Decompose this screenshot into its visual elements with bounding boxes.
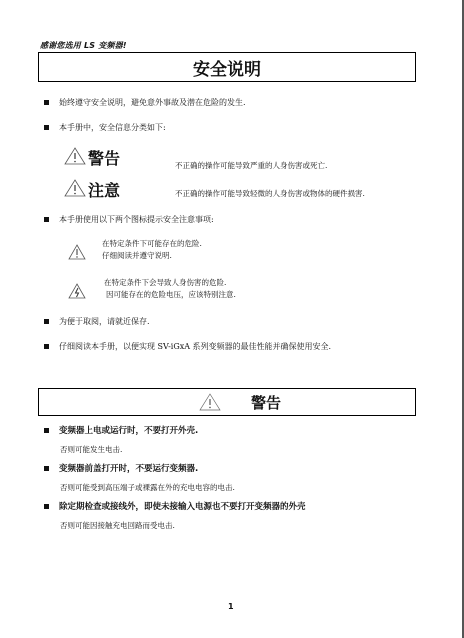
electric-shock-triangle-icon <box>68 283 86 303</box>
warning-triangle-icon <box>64 179 86 201</box>
bullet-item: 为便于取阅，请就近保存. <box>44 316 150 327</box>
icon-explanation: 在特定条件下可能存在的危险. 仔细阅读并遵守说明. <box>102 238 202 262</box>
bullet-item: 本手册中，安全信息分类如下: <box>44 122 166 133</box>
classification-description: 不正确的操作可能导致轻微的人身伤害或物体的硬件损害. <box>175 188 365 199</box>
classification-caution: 注意 <box>64 178 120 201</box>
warning-item-heading: 变频器上电或运行时，不要打开外壳. <box>59 424 198 436</box>
page-title: 安全说明 <box>193 55 261 80</box>
icon-explanation-line: 因可能存在的危险电压，应该特别注意. <box>104 289 236 301</box>
classification-warning: 警告 <box>64 146 120 169</box>
warning-item: 变频器上电或运行时，不要打开外壳. <box>44 424 198 436</box>
bullet-square-icon <box>44 428 49 433</box>
bullet-square-icon <box>44 100 49 105</box>
icon-explanation-line: 在特定条件下可能存在的危险. <box>102 238 202 250</box>
bullet-square-icon <box>44 344 49 349</box>
bullet-square-icon <box>44 319 49 324</box>
warning-item-heading: 变频器前盖打开时，不要运行变频器. <box>59 462 198 474</box>
bullet-item: 始终遵守安全说明，避免意外事故及潜在危险的发生. <box>44 97 246 108</box>
warning-item-detail: 否则可能因接触充电回路而受电击. <box>60 520 175 531</box>
classification-label: 注意 <box>88 178 120 201</box>
icon-explanation-line: 在特定条件下会导致人身伤害的危险. <box>104 277 236 289</box>
bullet-item: 本手册使用以下两个图标提示安全注意事项: <box>44 214 214 225</box>
icon-explanation-line: 仔细阅读并遵守说明. <box>102 250 202 262</box>
exclamation-triangle-icon <box>68 244 86 264</box>
warning-item: 除定期检查或接线外，即使未接输入电源也不要打开变频器的外壳 <box>44 500 306 512</box>
classification-label: 警告 <box>88 146 120 169</box>
bullet-item: 仔细阅读本手册，以便实现 SV-iGxA 系列变频器的最佳性能并确保使用安全. <box>44 341 331 352</box>
warning-section-header: 警告 <box>38 388 416 416</box>
warning-item: 变频器前盖打开时，不要运行变频器. <box>44 462 198 474</box>
warning-triangle-icon <box>199 393 221 415</box>
warning-section-title: 警告 <box>251 392 281 413</box>
title-box: 安全说明 <box>38 52 416 82</box>
bullet-square-icon <box>44 504 49 509</box>
icon-explanation: 在特定条件下会导致人身伤害的危险. 因可能存在的危险电压，应该特别注意. <box>104 277 236 301</box>
header-note: 感谢您选用 LS 变频器! <box>40 40 127 51</box>
bullet-text: 为便于取阅，请就近保存. <box>59 316 150 327</box>
warning-item-detail: 否则可能发生电击. <box>60 444 122 455</box>
bullet-text: 始终遵守安全说明，避免意外事故及潜在危险的发生. <box>59 97 246 108</box>
bullet-square-icon <box>44 217 49 222</box>
classification-description: 不正确的操作可能导致严重的人身伤害或死亡. <box>175 160 327 171</box>
bullet-text: 仔细阅读本手册，以便实现 SV-iGxA 系列变频器的最佳性能并确保使用安全. <box>59 341 331 352</box>
bullet-square-icon <box>44 125 49 130</box>
bullet-text: 本手册使用以下两个图标提示安全注意事项: <box>59 214 214 225</box>
warning-item-heading: 除定期检查或接线外，即使未接输入电源也不要打开变频器的外壳 <box>59 500 306 512</box>
bullet-text: 本手册中，安全信息分类如下: <box>59 122 166 133</box>
bullet-square-icon <box>44 466 49 471</box>
warning-item-detail: 否则可能受到高压端子或裸露在外的充电电容的电击. <box>60 482 235 493</box>
page-number: 1 <box>228 602 234 611</box>
warning-triangle-icon <box>64 147 86 169</box>
